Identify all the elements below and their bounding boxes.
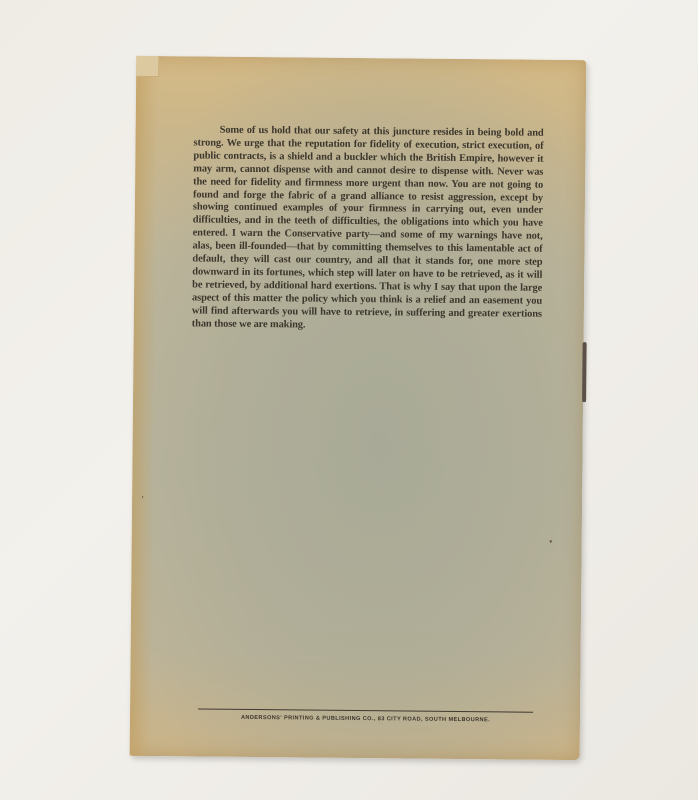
paper-speck — [142, 496, 143, 498]
printer-imprint: Andersons' Printing & Publishing Co., 83… — [198, 714, 533, 723]
body-text: Some of us hold that our safety at this … — [192, 124, 544, 334]
folded-corner — [136, 56, 159, 77]
body-paragraph: Some of us hold that our safety at this … — [192, 124, 544, 334]
pamphlet-page: Some of us hold that our safety at this … — [130, 56, 587, 760]
staple — [582, 342, 587, 402]
footer-rule — [198, 708, 533, 712]
paper-speck — [550, 540, 552, 543]
